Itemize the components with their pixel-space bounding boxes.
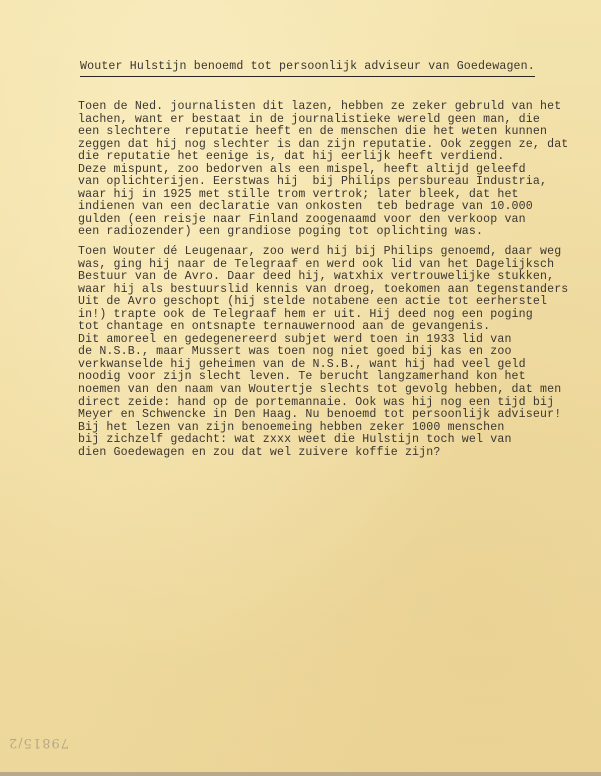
text-line: die reputatie het eenige is, dat hij eer… <box>78 151 578 164</box>
paragraph-1: Toen de Ned. journalisten dit lazen, heb… <box>78 101 578 239</box>
page-edge <box>0 772 601 776</box>
document-body: Toen de Ned. journalisten dit lazen, heb… <box>78 101 578 466</box>
text-line: tot chantage en ontsnapte ternauwernood … <box>78 321 578 334</box>
text-line: dien Goedewagen en zou dat wel zuivere k… <box>78 447 578 460</box>
text-line: bij zichzelf gedacht: wat zxxx weet die … <box>78 434 578 447</box>
text-line: Toen Wouter dé Leugenaar, zoo werd hij b… <box>78 246 578 259</box>
text-line: Meyer en Schwencke in Den Haag. Nu benoe… <box>78 409 578 422</box>
text-line: noemen van den naam van Woutertje slecht… <box>78 384 578 397</box>
paragraph-2: Toen Wouter dé Leugenaar, zoo werd hij b… <box>78 246 578 459</box>
text-line: Bestuur van de Avro. Daar deed hij, watx… <box>78 271 578 284</box>
text-line: Uit de Avro geschopt (hij stelde notaben… <box>78 296 578 309</box>
text-line: een radiozender) een grandiose poging to… <box>78 226 578 239</box>
handwritten-archive-number: 79815/2 <box>8 735 69 750</box>
text-line: een slechtere reputatie heeft en de mens… <box>78 126 578 139</box>
text-line: Toen de Ned. journalisten dit lazen, heb… <box>78 101 578 114</box>
document-page: Wouter Hulstijn benoemd tot persoonlijk … <box>0 0 601 776</box>
document-title: Wouter Hulstijn benoemd tot persoonlijk … <box>80 60 535 77</box>
text-line: van oplichterijen. Eerstwas hij bij Phil… <box>78 176 578 189</box>
